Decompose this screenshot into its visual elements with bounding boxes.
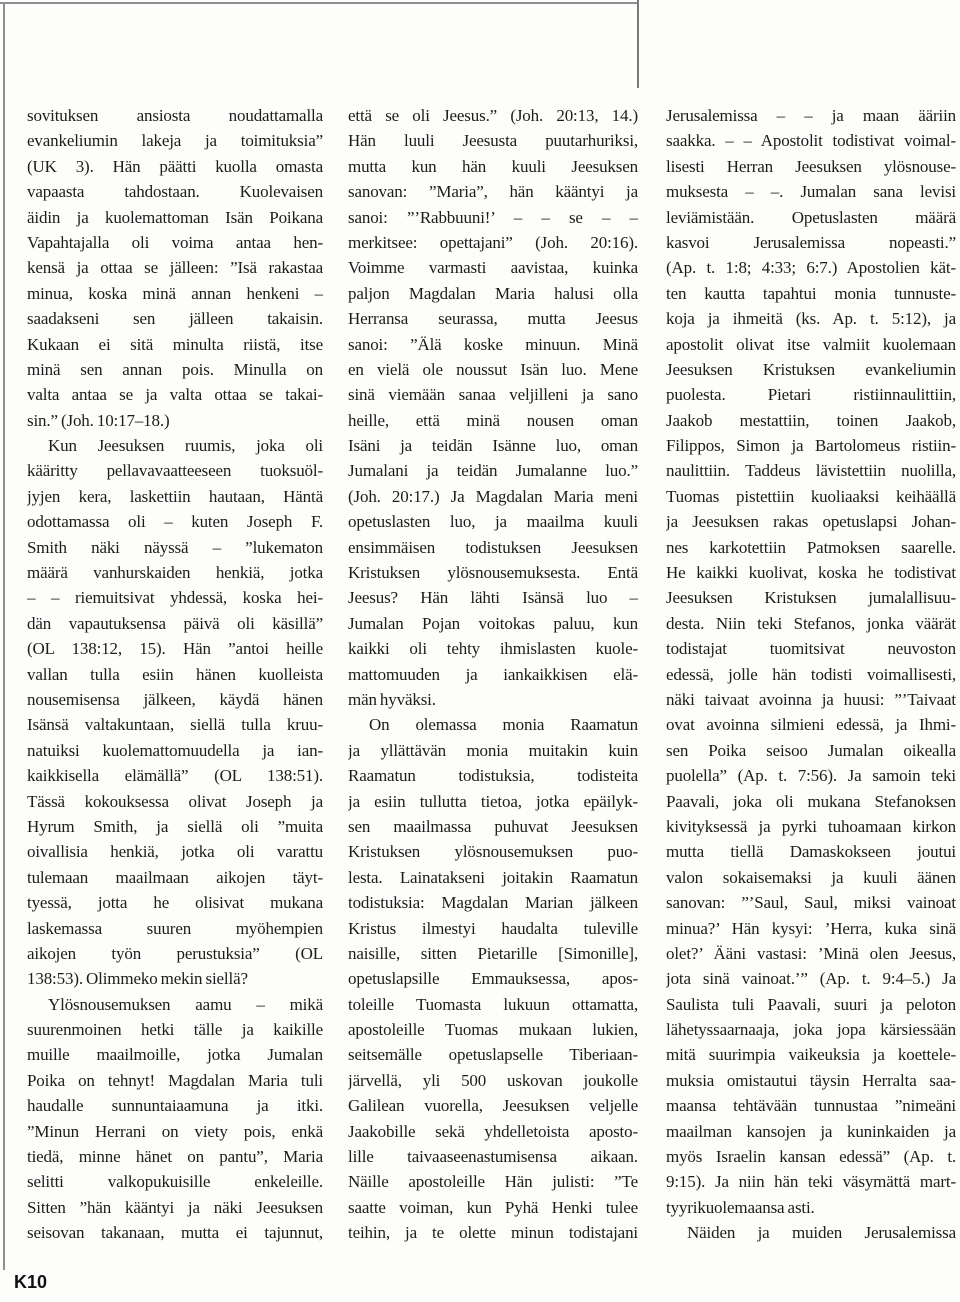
- text-line: 138:53). Olimmeko mekin siellä?: [27, 966, 323, 991]
- text-line: edessä, jolle hän todisti voimallisesti,: [666, 662, 956, 687]
- text-line: Näiden ja muiden Jerusalemissa: [666, 1220, 956, 1245]
- text-line: äidin ja kuolemattoman Isän Poikana: [27, 205, 323, 230]
- text-line: sanoi: ”’Rabbuuni!’ – – se – –: [348, 205, 638, 230]
- text-line: koja ja ihmeitä (ks. Ap. t. 5:12), ja: [666, 306, 956, 331]
- text-line: muksia omistautui täysin Herralta saa-: [666, 1068, 956, 1093]
- text-line: vapaasta tahdostaan. Kuolevaisen: [27, 179, 323, 204]
- text-line: Jeesuksen Kristuksen evankeliumin: [666, 357, 956, 382]
- text-line: män hyväksi.: [348, 687, 638, 712]
- text-line: tulemaan maailmaan aikojen täyt-: [27, 865, 323, 890]
- text-line: kaikki oli tehty ihmislasten kuole-: [348, 636, 638, 661]
- text-line: minua, koska minä annan henkeni –: [27, 281, 323, 306]
- text-line: sovituksen ansiosta noudattamalla: [27, 103, 323, 128]
- text-line: kääritty pellavavaatteeseen tuoksuöl-: [27, 458, 323, 483]
- text-line: kensä ja ottaa se jälleen: ”Isä rakastaa: [27, 255, 323, 280]
- text-line: Ylösnousemuksen aamu – mikä: [27, 992, 323, 1017]
- text-line: Isäni ja teidän Isänne luo, oman: [348, 433, 638, 458]
- text-line: Kun Jeesuksen ruumis, joka oli: [27, 433, 323, 458]
- text-line: lisesti Herran Jeesuksen ylösnouse-: [666, 154, 956, 179]
- page-left-rule: [3, 2, 5, 1270]
- text-line: mitä suurimpia vaikeuksia ja koettele-: [666, 1042, 956, 1067]
- text-line: maailman kansojen ja kuninkaiden ja: [666, 1119, 956, 1144]
- text-line: Jumalani ja teidän Jumalanne luo.”: [348, 458, 638, 483]
- text-line: puolesta. Pietari ristiinnaulittiin,: [666, 382, 956, 407]
- text-line: Kukaan ei sitä minulta riistä, itse: [27, 332, 323, 357]
- text-line: Jaakob mestattiin, toinen Jaakob,: [666, 408, 956, 433]
- text-line: Filippos, Simon ja Bartolomeus ristiin-: [666, 433, 956, 458]
- text-line: (Ap. t. 1:8; 4:33; 6:7.) Apostolien kät-: [666, 255, 956, 280]
- text-line: naulittiin. Taddeus lävistettiin nuolill…: [666, 458, 956, 483]
- text-line: (OL 138:12, 15). Hän ”antoi heille: [27, 636, 323, 661]
- page-top-rule: [0, 2, 637, 4]
- text-line: ”Minun Herrani on viety pois, enkä: [27, 1119, 323, 1144]
- text-line: Kristuksen ylösnousemuksen puo-: [348, 839, 638, 864]
- text-line: naisille, sitten Pietarille [Simonille],: [348, 941, 638, 966]
- text-line: lesta. Lainatakseni joitakin Raamatun: [348, 865, 638, 890]
- text-line: natuiksi kuolemattomuudella ja ian-: [27, 738, 323, 763]
- text-line: seisovan takanaan, mutta ei tajunnut,: [27, 1220, 323, 1245]
- text-line: kivityksessä ja pyrki tuhoamaan kirkon: [666, 814, 956, 839]
- text-line: mattomuuden ja iankaikkisen elä-: [348, 662, 638, 687]
- text-line: sen maailmassa puhuvat Jeesuksen: [348, 814, 638, 839]
- text-line: (Joh. 20:17.) Ja Magdalan Maria meni: [348, 484, 638, 509]
- text-line: oivallisia henkiä, jotka oli varattu: [27, 839, 323, 864]
- text-line: Jeesus? Hän lähti Isänsä luo –: [348, 585, 638, 610]
- text-line: Saulista tuli Paavali, suuri ja peloton: [666, 992, 956, 1017]
- text-line: Tuomas pistettiin kuoliaaksi keihäällä: [666, 484, 956, 509]
- text-line: järvellä, yli 500 uskovan joukolle: [348, 1068, 638, 1093]
- text-line: Jerusalemissa – – ja maan ääriin: [666, 103, 956, 128]
- text-line: Jeesuksen Kristuksen jumalallisuu-: [666, 585, 956, 610]
- text-line: heille, että minä nousen oman: [348, 408, 638, 433]
- text-line: lille taivaaseenastumisensa aikaan.: [348, 1144, 638, 1169]
- text-line: opetuslapsille Emmauksessa, apos-: [348, 966, 638, 991]
- text-line: ja yllättävän monia muitakin kuin: [348, 738, 638, 763]
- text-line: toleille Tuomasta lukuun ottamatta,: [348, 992, 638, 1017]
- text-line: On olemassa monia Raamatun: [348, 712, 638, 737]
- text-line: mutta tiellä Damaskokseen joutui: [666, 839, 956, 864]
- page-number: K10: [14, 1272, 47, 1293]
- text-line: sanovan: ”’Saul, Saul, miksi vainoat: [666, 890, 956, 915]
- text-line: sanovan: ”Maria”, hän kääntyi ja: [348, 179, 638, 204]
- text-line: aikojen työn perustuksia” (OL: [27, 941, 323, 966]
- text-line: teihin, ja te olette minun todistajani: [348, 1220, 638, 1245]
- text-line: en vielä ole noussut Isän luo. Mene: [348, 357, 638, 382]
- text-line: sin.” (Joh. 10:17–18.): [27, 408, 323, 433]
- text-line: merkitsee: opettajani” (Joh. 20:16).: [348, 230, 638, 255]
- text-line: ja esiin tullutta tietoa, jotka epäilyk-: [348, 789, 638, 814]
- text-line: tyessä, jotta he olisivat mukana: [27, 890, 323, 915]
- text-line: selitti valkopukuisille enkeleille.: [27, 1169, 323, 1194]
- text-line: Näille apostoleille Hän julisti: ”Te: [348, 1169, 638, 1194]
- text-line: että se oli Jeesus.” (Joh. 20:13, 14.): [348, 103, 638, 128]
- text-line: Tässä kokouksessa olivat Joseph ja: [27, 789, 323, 814]
- text-line: olet?’ Ääni vastasi: ’Minä olen Jeesus,: [666, 941, 956, 966]
- text-line: Hyrum Smith, ja siellä oli ”muita: [27, 814, 323, 839]
- text-line: sen Poika seisoo Jumalan oikealla: [666, 738, 956, 763]
- text-line: jota sinä vainoat.’” (Ap. t. 9:4–5.) Ja: [666, 966, 956, 991]
- text-line: haudalle sunnuntaiaamuna ja itki.: [27, 1093, 323, 1118]
- text-line: Voimme varmasti aavistaa, kuinka: [348, 255, 638, 280]
- text-line: sanoi: ”Älä koske minuun. Minä: [348, 332, 638, 357]
- text-line: paljon Magdalan Maria halusi olla: [348, 281, 638, 306]
- text-line: Paavali, joka oli mukana Stefanoksen: [666, 789, 956, 814]
- text-line: ensimmäisen todistuksen Jeesuksen: [348, 535, 638, 560]
- text-line: puolella” (Ap. t. 7:56). Ja samoin teki: [666, 763, 956, 788]
- text-line: Raamatun todistuksia, todisteita: [348, 763, 638, 788]
- text-line: nousemisensa jälkeen, käydä hänen: [27, 687, 323, 712]
- text-line: sinä viemään sanaa veljilleni ja sano: [348, 382, 638, 407]
- text-line: ja Jeesuksen rakas opetuslapsi Johan-: [666, 509, 956, 534]
- text-line: määrä vanhurskaiden henkiä, jotka: [27, 560, 323, 585]
- text-line: minua?’ Hän kysyi: ’Herra, kuka sinä: [666, 916, 956, 941]
- text-line: valta antaa se ja valta ottaa se takai-: [27, 382, 323, 407]
- text-line: Smith näki näyssä – ”lukematon: [27, 535, 323, 560]
- text-line: mutta kun hän kuuli Jeesuksen: [348, 154, 638, 179]
- document-page: sovituksen ansiosta noudattamallaevankel…: [0, 0, 960, 1302]
- top-center-divider-rule: [637, 0, 639, 88]
- text-line: minä sen annan pois. Minulla on: [27, 357, 323, 382]
- text-line: muille maailmoille, jotka Jumalan: [27, 1042, 323, 1067]
- text-line: 9:15). Ja niin hän teki väsymättä mart-: [666, 1169, 956, 1194]
- text-line: Jaakobille sekä yhdelletoista aposto-: [348, 1119, 638, 1144]
- text-line: opetuslasten luo, ja maailma kuuli: [348, 509, 638, 534]
- text-line: Sitten ”hän kääntyi ja näki Jeesuksen: [27, 1195, 323, 1220]
- text-line: jyjen kera, laskettiin hautaan, Häntä: [27, 484, 323, 509]
- text-line: laskemassa suuren myöhempien: [27, 916, 323, 941]
- text-line: muksesta – –. Jumalan sana levisi: [666, 179, 956, 204]
- text-line: Vapahtajalla oli voima antaa hen-: [27, 230, 323, 255]
- text-line: nes karkotettiin Patmoksen saarelle.: [666, 535, 956, 560]
- text-line: vallan tulla esiin hänen kuolleista: [27, 662, 323, 687]
- text-line: myös Israelin kansan edessä” (Ap. t.: [666, 1144, 956, 1169]
- text-line: desta. Niin teki Stefanos, jonka väärät: [666, 611, 956, 636]
- text-line: kaikkisella elämällä” (OL 138:51).: [27, 763, 323, 788]
- text-line: (UK 3). Hän päätti kuolla omasta: [27, 154, 323, 179]
- text-line: maansa tehtävään tunnustaa ”nimeäni: [666, 1093, 956, 1118]
- text-line: Galilean vuorella, Jeesuksen veljelle: [348, 1093, 638, 1118]
- text-line: saadakseni sen jälleen takaisin.: [27, 306, 323, 331]
- text-line: saakka. – – Apostolit todistivat voimal-: [666, 128, 956, 153]
- text-line: dän vapautuksensa päivä oli käsillä”: [27, 611, 323, 636]
- text-line: tiedä, minne hänet on pantu”, Maria: [27, 1144, 323, 1169]
- text-line: seitsemälle opetuslapselle Tiberiaan-: [348, 1042, 638, 1067]
- text-line: todistajat tuomitsivat neuvoston: [666, 636, 956, 661]
- text-line: näki taivaat avoinna ja huusi: ”’Taivaat: [666, 687, 956, 712]
- text-line: ovat avoinna silmieni edessä, ja Ihmi-: [666, 712, 956, 737]
- text-line: Isänsä valtakuntaan, siellä tulla kruu-: [27, 712, 323, 737]
- text-line: apostoleille Tuomas mukaan lukien,: [348, 1017, 638, 1042]
- text-line: kasvoi Jerusalemissa nopeasti.”: [666, 230, 956, 255]
- text-column-2: että se oli Jeesus.” (Joh. 20:13, 14.)Hä…: [348, 103, 638, 1246]
- text-line: Jumalan Pojan voitokas paluu, kun: [348, 611, 638, 636]
- text-line: todistuksia: Magdalan Marian jälkeen: [348, 890, 638, 915]
- text-line: Kristus ilmestyi haudalta tuleville: [348, 916, 638, 941]
- text-column-3: Jerusalemissa – – ja maan ääriinsaakka. …: [666, 103, 956, 1246]
- text-line: odottamassa oli – kuten Joseph F.: [27, 509, 323, 534]
- text-column-1: sovituksen ansiosta noudattamallaevankel…: [27, 103, 323, 1246]
- text-line: evankeliumin lakeja ja toimituksia”: [27, 128, 323, 153]
- text-line: Hän luuli Jeesusta puutarhuriksi,: [348, 128, 638, 153]
- text-line: valon sokaisemaksi ja kuuli äänen: [666, 865, 956, 890]
- text-line: ten kautta tapahtui monia tunnuste-: [666, 281, 956, 306]
- text-line: lähetyssaarnaaja, joka jopa kärsiessään: [666, 1017, 956, 1042]
- text-line: – – riemuitsivat yhdessä, koska hei-: [27, 585, 323, 610]
- text-line: leviämistään. Opetuslasten määrä: [666, 205, 956, 230]
- text-line: suurenmoinen hetki tälle ja kaikille: [27, 1017, 323, 1042]
- text-line: Poika on tehnyt! Magdalan Maria tuli: [27, 1068, 323, 1093]
- text-line: apostolit olivat itse valmiit kuolemaan: [666, 332, 956, 357]
- text-line: He kaikki kuolivat, koska he todistivat: [666, 560, 956, 585]
- text-line: Kristuksen ylösnousemuksesta. Entä: [348, 560, 638, 585]
- text-line: saatte voiman, kun Pyhä Henki tulee: [348, 1195, 638, 1220]
- text-line: tyyrikuolemaansa asti.: [666, 1195, 956, 1220]
- text-line: Herransa seurassa, mutta Jeesus: [348, 306, 638, 331]
